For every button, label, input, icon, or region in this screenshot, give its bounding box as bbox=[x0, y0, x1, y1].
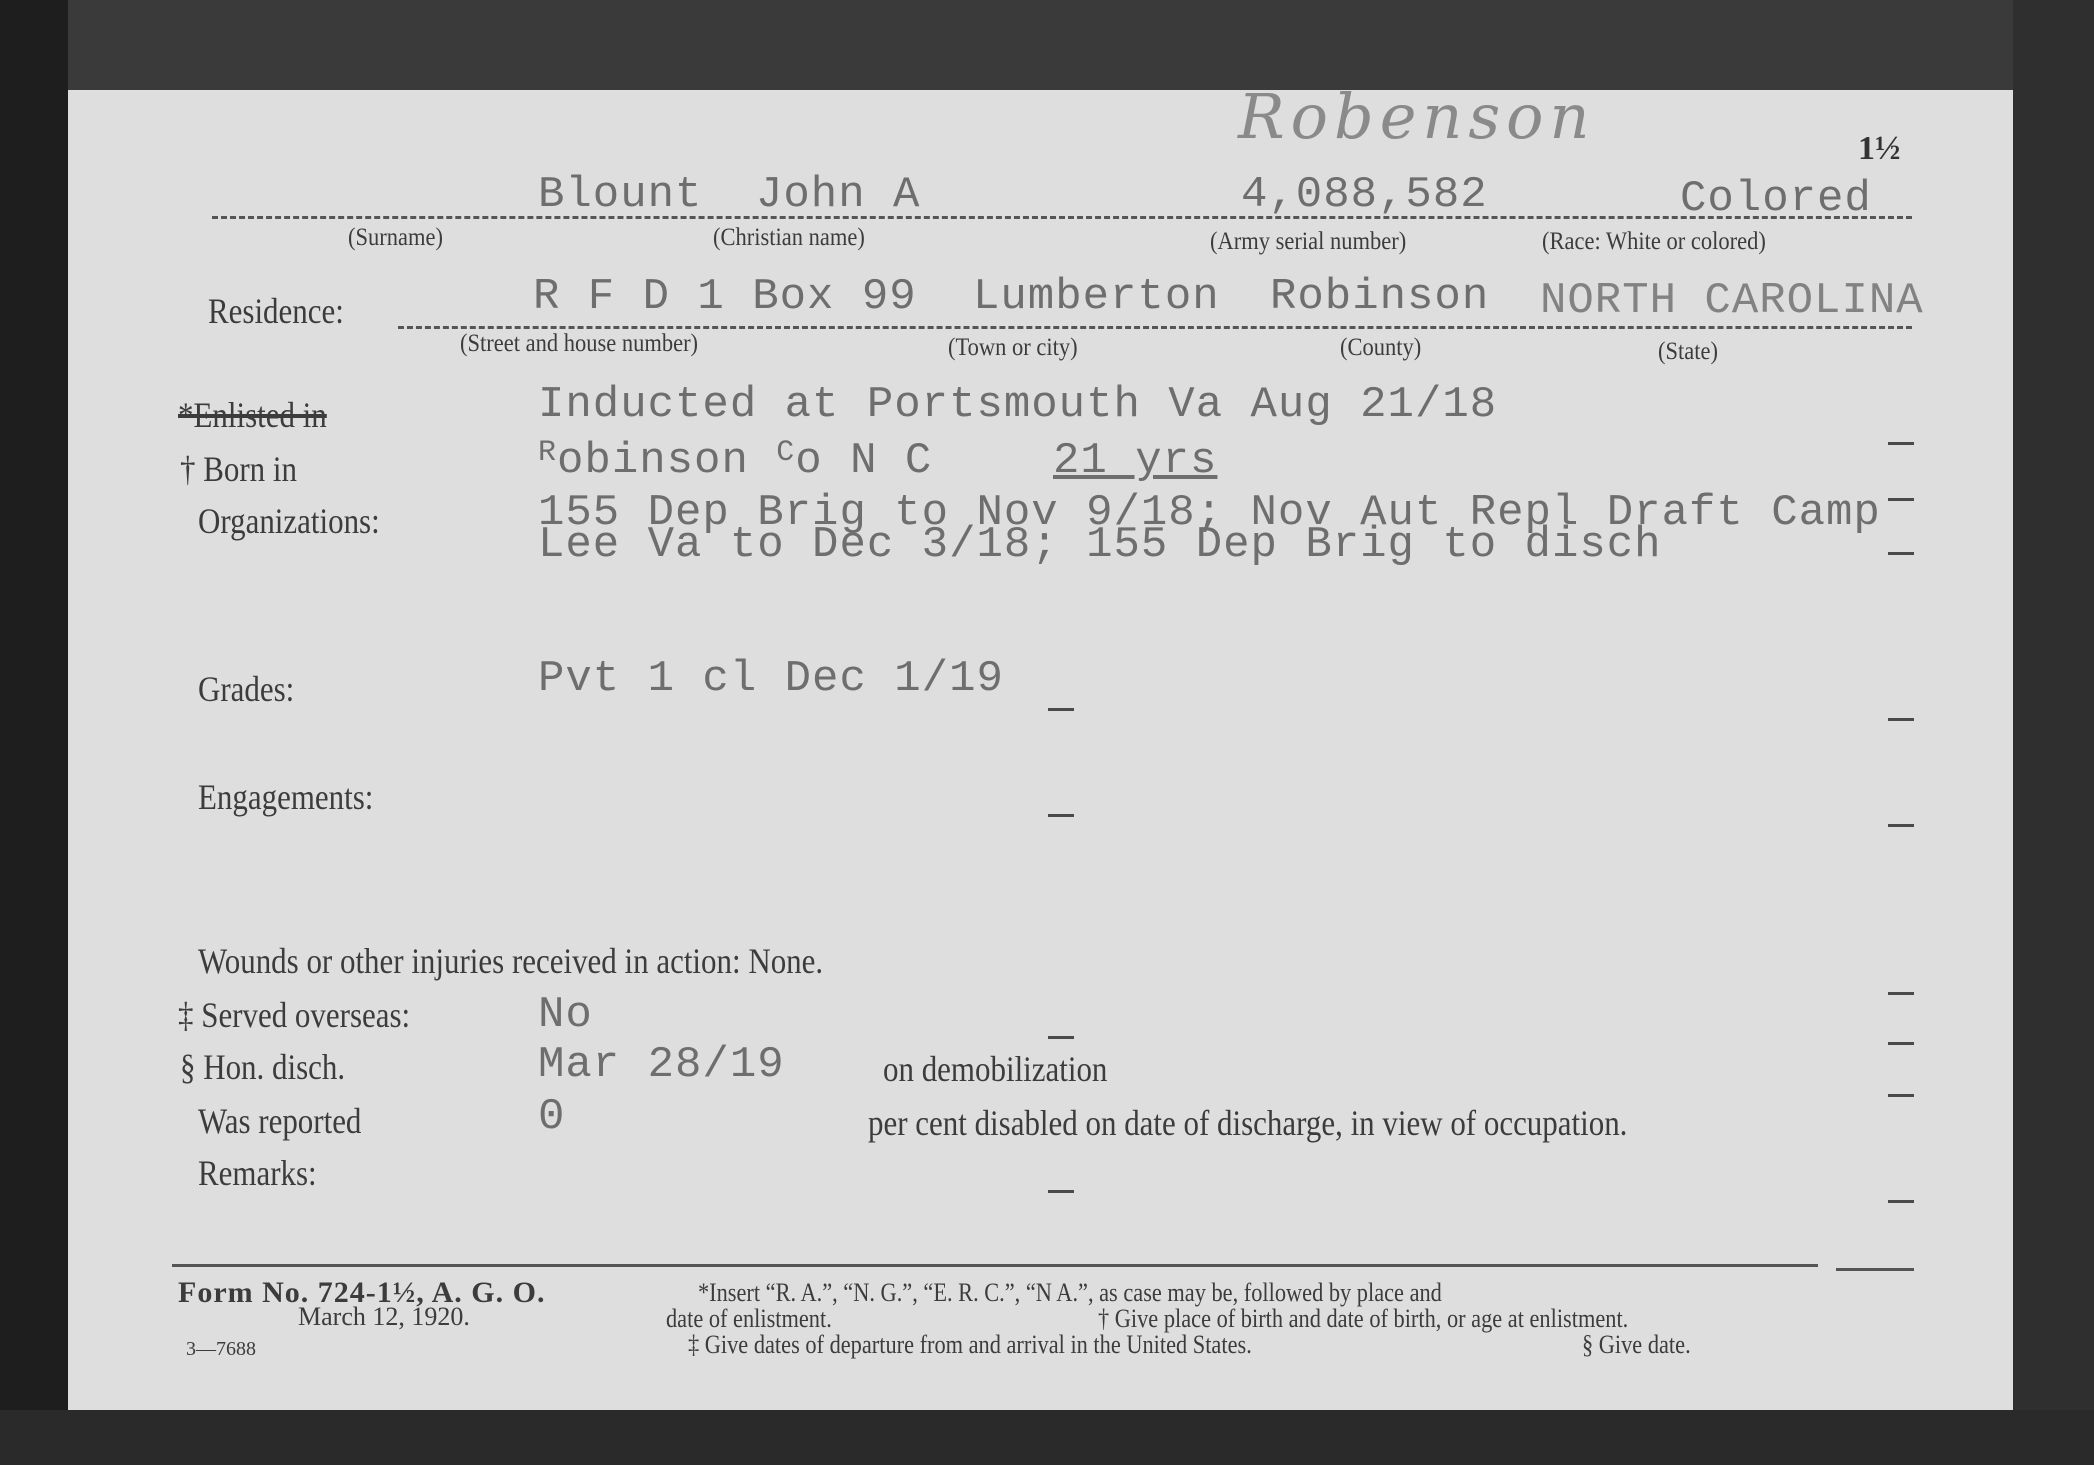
was-reported-value: 0 bbox=[538, 1092, 565, 1142]
county-caption: (County) bbox=[1340, 334, 1421, 362]
row-tick-mark bbox=[1888, 442, 1914, 445]
christian-name-caption: (Christian name) bbox=[713, 224, 865, 252]
wounds-value: None. bbox=[748, 941, 823, 981]
background-right-edge bbox=[2013, 0, 2094, 1465]
residence-line bbox=[398, 326, 1912, 329]
born-in-label: † Born in bbox=[180, 448, 297, 490]
row-tick-mark bbox=[1888, 992, 1914, 995]
residence-label: Residence: bbox=[208, 290, 344, 332]
row-tick-mark bbox=[1888, 498, 1914, 501]
birth-county-superscript: C bbox=[776, 436, 795, 470]
hon-disch-value: Mar 28/19 bbox=[538, 1040, 785, 1090]
surname-value: Blount bbox=[538, 170, 702, 220]
organizations-label: Organizations: bbox=[198, 500, 380, 542]
was-reported-label: Was reported bbox=[198, 1100, 361, 1142]
print-code: 3—7688 bbox=[186, 1338, 256, 1361]
christian-name-value: John A bbox=[756, 170, 920, 220]
footer-rule bbox=[172, 1264, 1818, 1267]
row-tick-mark bbox=[1888, 824, 1914, 827]
birthplace-value: obinson bbox=[557, 436, 749, 486]
row-tick-mark bbox=[1048, 708, 1074, 711]
row-tick-mark bbox=[1048, 814, 1074, 817]
served-overseas-label: ‡ Served overseas: bbox=[178, 994, 410, 1036]
residence-county-value: Robinson bbox=[1270, 272, 1489, 322]
race-caption: (Race: White or colored) bbox=[1542, 228, 1766, 256]
engagements-label: Engagements: bbox=[198, 776, 373, 818]
state-caption: (State) bbox=[1658, 338, 1718, 366]
wounds-label: Wounds or other injuries received in act… bbox=[198, 941, 741, 981]
remarks-label: Remarks: bbox=[198, 1152, 317, 1194]
background-bottom-edge bbox=[0, 1410, 2094, 1465]
disability-note: per cent disabled on date of discharge, … bbox=[868, 1102, 1627, 1144]
row-tick-mark bbox=[1888, 1200, 1914, 1203]
hon-disch-label: § Hon. disch. bbox=[180, 1046, 345, 1088]
residence-town-value: Lumberton bbox=[973, 272, 1220, 322]
service-record-card: Robenson 1½ Blount John A 4,088,582 Colo… bbox=[68, 90, 2013, 1410]
name-line bbox=[212, 216, 1912, 219]
row-tick-mark bbox=[1888, 1042, 1914, 1045]
row-tick-mark bbox=[1888, 718, 1914, 721]
street-caption: (Street and house number) bbox=[460, 330, 698, 358]
handwritten-county-note: Robenson bbox=[1238, 80, 1595, 153]
serial-number-caption: (Army serial number) bbox=[1210, 228, 1406, 256]
form-date: March 12, 1920. bbox=[298, 1302, 470, 1332]
hon-disch-note: on demobilization bbox=[883, 1048, 1107, 1090]
birth-county-value: o N C bbox=[795, 436, 932, 486]
row-tick-mark bbox=[1888, 552, 1914, 555]
residence-street-value: R F D 1 Box 99 bbox=[533, 272, 917, 322]
grades-value: Pvt 1 cl Dec 1/19 bbox=[538, 654, 1004, 704]
town-caption: (Town or city) bbox=[948, 334, 1078, 362]
residence-state-value: NORTH CAROLINA bbox=[1540, 276, 1924, 326]
footer-rule-right bbox=[1836, 1268, 1914, 1271]
row-tick-mark bbox=[1048, 1036, 1074, 1039]
enlisted-value: Inducted at Portsmouth Va Aug 21/18 bbox=[538, 380, 1497, 430]
footnote-date: § Give date. bbox=[1582, 1330, 1691, 1360]
birthplace-superscript: R bbox=[538, 436, 557, 470]
surname-caption: (Surname) bbox=[348, 224, 443, 252]
served-overseas-value: No bbox=[538, 990, 593, 1040]
age-value: 21 yrs bbox=[1053, 436, 1217, 486]
grades-label: Grades: bbox=[198, 668, 294, 710]
row-tick-mark bbox=[1888, 1094, 1914, 1097]
background-left-edge bbox=[0, 0, 68, 1465]
footnote-overseas: ‡ Give dates of departure from and arriv… bbox=[688, 1330, 1252, 1360]
row-tick-mark bbox=[1048, 1190, 1074, 1193]
enlisted-label: *Enlisted in bbox=[178, 394, 327, 436]
serial-number-value: 4,088,582 bbox=[1241, 170, 1488, 220]
organizations-line-2: Lee Va to Dec 3/18; 155 Dep Brig to disc… bbox=[538, 520, 1662, 570]
form-fraction: 1½ bbox=[1858, 130, 1901, 168]
